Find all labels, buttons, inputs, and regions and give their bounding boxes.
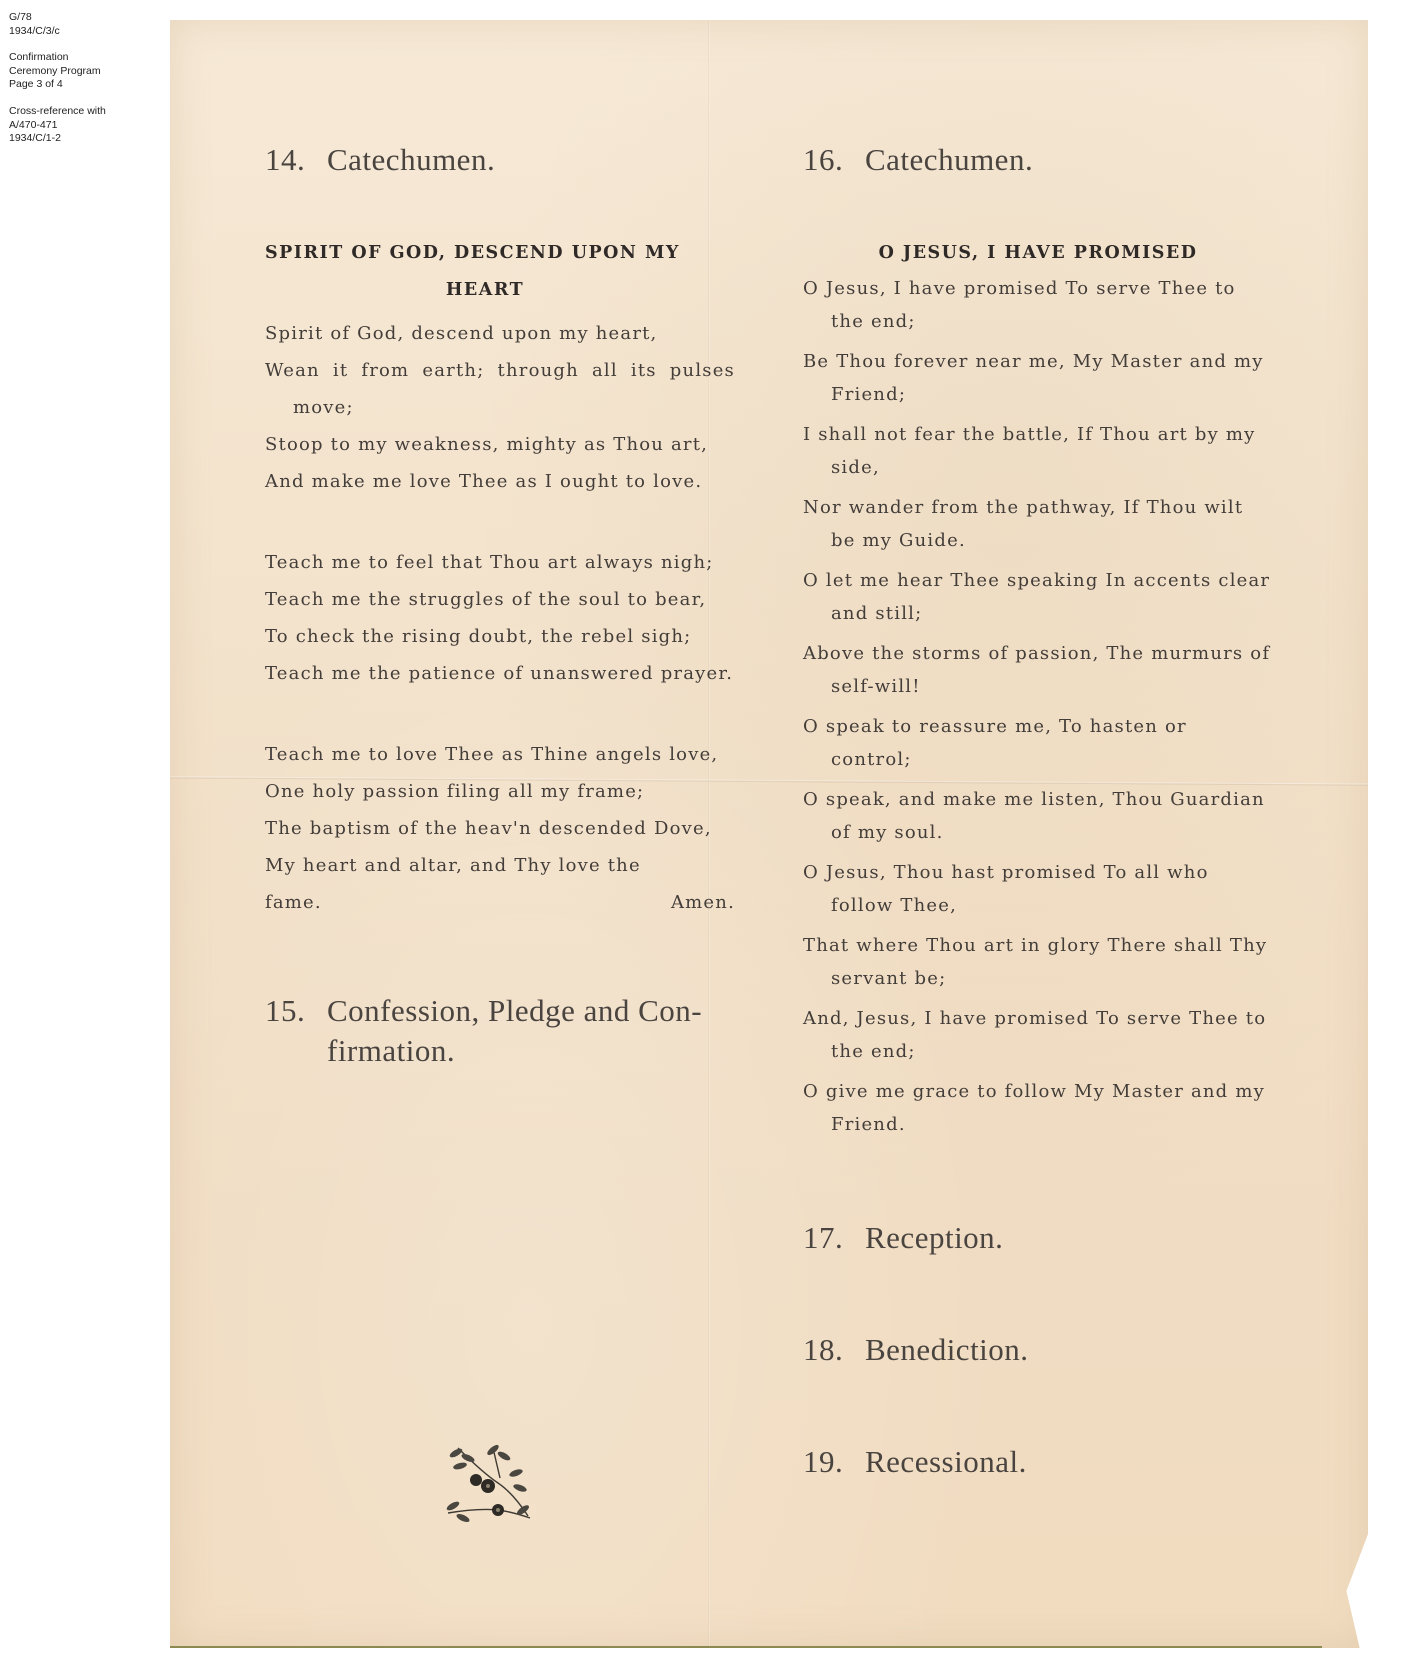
- section-15-heading: 15.Confession, Pledge and Con- firmation…: [265, 991, 735, 1071]
- archive-xref-line: 1934/C/1-2: [9, 132, 149, 146]
- hymn-title-spirit-of-god: SPIRIT OF GOD, DESCEND UPON MY HEART: [265, 235, 735, 309]
- archive-description: Confirmation Ceremony Program Page 3 of …: [9, 51, 149, 92]
- archive-xref-line: Cross-reference with: [9, 105, 149, 119]
- verse-line: O Jesus, Thou hast promised To all who f…: [803, 856, 1273, 922]
- section-19-heading: 19.Recessional.: [803, 1442, 1273, 1482]
- hymn-stanza-2: Teach me to feel that Thou art always ni…: [265, 544, 735, 692]
- archive-cross-reference: Cross-reference with A/470-471 1934/C/1-…: [9, 105, 149, 146]
- section-number: 15.: [265, 991, 327, 1031]
- section-18-heading: 18.Benediction.: [803, 1330, 1273, 1370]
- verse-line: O let me hear Thee speaking In accents c…: [803, 564, 1273, 630]
- verse-line: I shall not fear the battle, If Thou art…: [803, 418, 1273, 484]
- hymn-title-o-jesus: O JESUS, I HAVE PROMISED: [803, 235, 1273, 272]
- verse-line: That where Thou art in glory There shall…: [803, 929, 1273, 995]
- verse-line: Stoop to my weakness, mighty as Thou art…: [265, 426, 735, 463]
- archive-desc-line: Page 3 of 4: [9, 78, 149, 92]
- verse-line: Teach me to love Thee as Thine angels lo…: [265, 736, 735, 773]
- archive-note: G/78 1934/C/3/c Confirmation Ceremony Pr…: [9, 11, 149, 159]
- verse-line: Spirit of God, descend upon my heart,: [265, 315, 735, 352]
- verse-line: My heart and altar, and Thy love the: [265, 847, 735, 884]
- left-column: 14.Catechumen. SPIRIT OF GOD, DESCEND UP…: [265, 140, 735, 1071]
- archive-desc-line: Confirmation: [9, 51, 149, 65]
- verse-line: And make me love Thee as I ought to love…: [265, 463, 735, 500]
- verse-line: fame.: [265, 884, 322, 921]
- amen: Amen.: [671, 884, 735, 921]
- verse-line: Teach me the struggles of the soul to be…: [265, 581, 735, 618]
- section-number: 14.: [265, 140, 327, 180]
- verse-line: Wean it from earth; through all its puls…: [265, 352, 735, 426]
- verse-line: O speak, and make me listen, Thou Guardi…: [803, 783, 1273, 849]
- section-17-heading: 17.Reception.: [803, 1218, 1273, 1258]
- section-14-heading: 14.Catechumen.: [265, 140, 735, 180]
- section-title: Reception.: [865, 1220, 1003, 1255]
- verse-line: Be Thou forever near me, My Master and m…: [803, 345, 1273, 411]
- verse-line: Teach me the patience of unanswered pray…: [265, 655, 735, 692]
- verse-line: One holy passion filing all my frame;: [265, 773, 735, 810]
- section-16-heading: 16.Catechumen.: [803, 140, 1273, 180]
- section-number: 18.: [803, 1330, 865, 1370]
- floral-ornament-icon: [438, 1438, 538, 1528]
- section-title: Benediction.: [865, 1332, 1029, 1367]
- archive-reference: G/78 1934/C/3/c: [9, 11, 149, 38]
- hymn-stanza-3: Teach me to love Thee as Thine angels lo…: [265, 736, 735, 921]
- verse-line: Above the storms of passion, The murmurs…: [803, 637, 1273, 703]
- verse-line: To check the rising doubt, the rebel sig…: [265, 618, 735, 655]
- section-title-continued: firmation.: [265, 1031, 735, 1071]
- archive-ref-line: 1934/C/3/c: [9, 25, 149, 39]
- section-title: Recessional.: [865, 1444, 1027, 1479]
- verse-line: And, Jesus, I have promised To serve The…: [803, 1002, 1273, 1068]
- section-title: Catechumen.: [865, 142, 1033, 177]
- section-title: Catechumen.: [327, 142, 495, 177]
- right-column: 16.Catechumen. O JESUS, I HAVE PROMISED …: [803, 140, 1273, 1482]
- section-number: 16.: [803, 140, 865, 180]
- archive-xref-line: A/470-471: [9, 119, 149, 133]
- verse-line: O speak to reassure me, To hasten or con…: [803, 710, 1273, 776]
- amen-row: fame. Amen.: [265, 884, 735, 921]
- section-number: 17.: [803, 1218, 865, 1258]
- verse-line: O Jesus, I have promised To serve Thee t…: [803, 272, 1273, 338]
- verse-line: Teach me to feel that Thou art always ni…: [265, 544, 735, 581]
- archive-ref-line: G/78: [9, 11, 149, 25]
- verse-line: O give me grace to follow My Master and …: [803, 1075, 1273, 1141]
- hymn-o-jesus-verses: O Jesus, I have promised To serve Thee t…: [803, 272, 1273, 1141]
- section-number: 19.: [803, 1442, 865, 1482]
- section-title: Confession, Pledge and Con-: [327, 993, 702, 1028]
- page-bottom-edge: [170, 1646, 1322, 1648]
- archive-desc-line: Ceremony Program: [9, 65, 149, 79]
- verse-line: Nor wander from the pathway, If Thou wil…: [803, 491, 1273, 557]
- verse-line: The baptism of the heav'n descended Dove…: [265, 810, 735, 847]
- hymn-stanza-1: Spirit of God, descend upon my heart, We…: [265, 315, 735, 500]
